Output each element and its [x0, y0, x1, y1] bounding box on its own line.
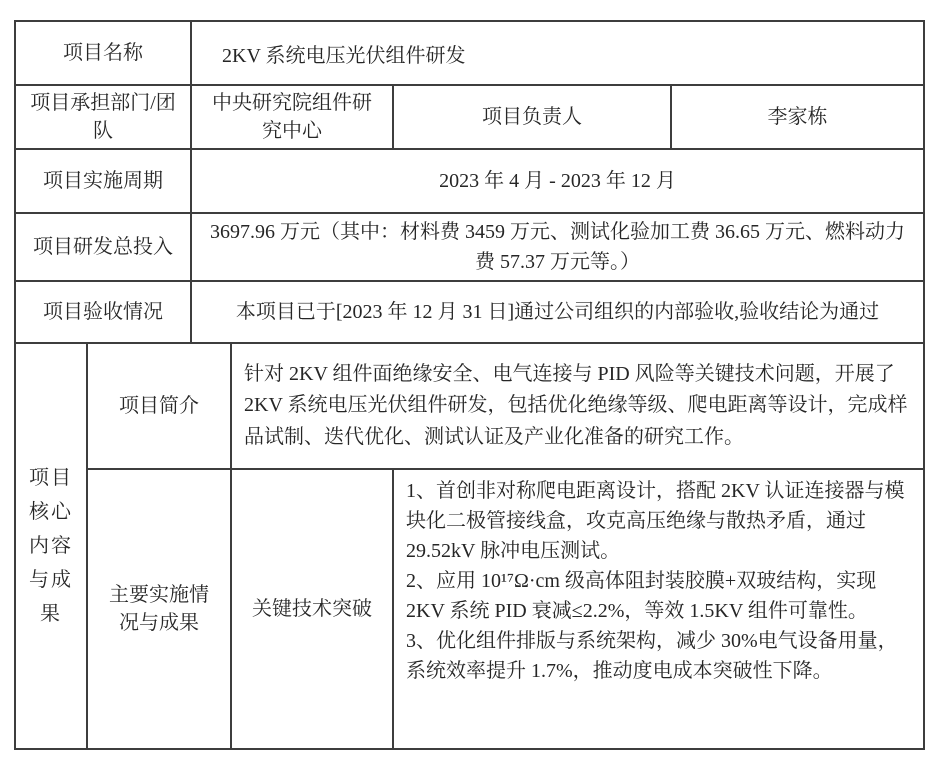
project-name-label: 项目名称: [16, 22, 192, 86]
project-name-value: 2KV 系统电压光伏组件研发: [192, 22, 923, 86]
core-content-label: 项目核心内容与成果: [16, 344, 88, 748]
row-tech-breakthrough: 关键技术突破 1、首创非对称爬电距离设计，搭配 2KV 认证连接器与模块化二极管…: [232, 470, 923, 748]
acceptance-label: 项目验收情况: [16, 282, 192, 344]
tech-item-1: 1、首创非对称爬电距离设计，搭配 2KV 认证连接器与模块化二极管接线盒，攻克高…: [406, 476, 913, 566]
row-project-name: 项目名称 2KV 系统电压光伏组件研发: [16, 22, 923, 86]
department-label: 项目承担部门/团队: [16, 86, 192, 150]
tech-item-3: 3、优化组件排版与系统架构，减少 30%电气设备用量，系统效率提升 1.7%，推…: [406, 626, 913, 686]
intro-text: 针对 2KV 组件面绝缘安全、电气连接与 PID 风险等关键技术问题，开展了 2…: [232, 344, 923, 470]
core-subsection-labels: 项目简介 主要实施情况与成果: [88, 344, 232, 748]
row-investment: 项目研发总投入 3697.96 万元（其中：材料费 3459 万元、测试化验加工…: [16, 214, 923, 282]
leader-label: 项目负责人: [394, 86, 672, 150]
investment-label: 项目研发总投入: [16, 214, 192, 282]
row-acceptance: 项目验收情况 本项目已于[2023 年 12 月 31 日]通过公司组织的内部验…: [16, 282, 923, 344]
investment-value: 3697.96 万元（其中：材料费 3459 万元、测试化验加工费 36.65 …: [192, 214, 923, 282]
acceptance-value: 本项目已于[2023 年 12 月 31 日]通过公司组织的内部验收,验收结论为…: [192, 282, 923, 344]
period-label: 项目实施周期: [16, 150, 192, 214]
row-department: 项目承担部门/团队 中央研究院组件研究中心 项目负责人 李家栋: [16, 86, 923, 150]
section-core-content: 项目核心内容与成果 项目简介 主要实施情况与成果 针对 2KV 组件面绝缘安全、…: [16, 344, 923, 748]
tech-breakthrough-label: 关键技术突破: [232, 470, 394, 748]
core-subsection-content: 针对 2KV 组件面绝缘安全、电气连接与 PID 风险等关键技术问题，开展了 2…: [232, 344, 923, 748]
core-content-label-text: 项目核心内容与成果: [27, 461, 75, 631]
project-acceptance-table: 项目名称 2KV 系统电压光伏组件研发 项目承担部门/团队 中央研究院组件研究中…: [14, 20, 925, 750]
implementation-label: 主要实施情况与成果: [88, 470, 232, 748]
department-value: 中央研究院组件研究中心: [192, 86, 394, 150]
intro-label: 项目简介: [88, 344, 232, 470]
row-period: 项目实施周期 2023 年 4 月 - 2023 年 12 月: [16, 150, 923, 214]
tech-item-2: 2、应用 10¹⁷Ω·cm 级高体阻封装胶膜+双玻结构，实现 2KV 系统 PI…: [406, 566, 913, 626]
leader-value: 李家栋: [672, 86, 923, 150]
period-value: 2023 年 4 月 - 2023 年 12 月: [192, 150, 923, 214]
tech-breakthrough-text: 1、首创非对称爬电距离设计，搭配 2KV 认证连接器与模块化二极管接线盒，攻克高…: [394, 470, 923, 748]
